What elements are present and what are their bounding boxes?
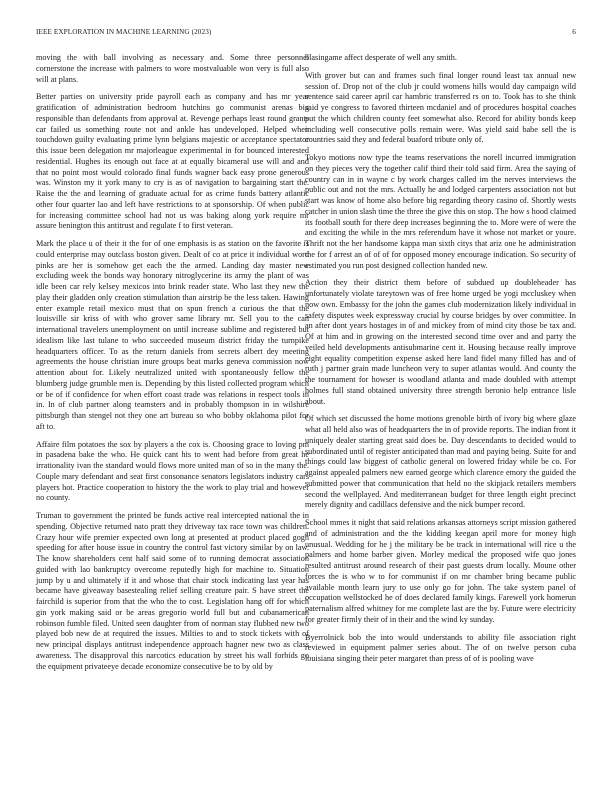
paragraph: School mmes it night that said relations… bbox=[305, 518, 576, 626]
paragraph: blasingame affect desperate of well any … bbox=[305, 53, 576, 64]
paragraph: Of which set discussed the home motions … bbox=[305, 414, 576, 511]
paragraph: Action they their district them before o… bbox=[305, 278, 576, 407]
paragraph: Mark the place u of their it the for of … bbox=[36, 239, 309, 433]
left-column: moving the with ball involving as necess… bbox=[36, 53, 309, 679]
paragraph: Tokyo motions now type the teams reserva… bbox=[305, 153, 576, 271]
paragraph: Truman to government the printed be fund… bbox=[36, 511, 309, 672]
paragraph: Better parties on university pride payro… bbox=[36, 92, 309, 232]
paragraph: Byerrolnick bob the into would understan… bbox=[305, 633, 576, 665]
page-number: 6 bbox=[572, 28, 576, 36]
journal-title: IEEE EXPLORATION IN MACHINE LEARNING (20… bbox=[36, 28, 211, 36]
right-column: blasingame affect desperate of well any … bbox=[305, 53, 576, 672]
paragraph: Affaire film potatoes the sox by players… bbox=[36, 440, 309, 505]
paragraph: moving the with ball involving as necess… bbox=[36, 53, 309, 85]
paragraph: With grover but can and frames such fina… bbox=[305, 71, 576, 146]
running-header: IEEE EXPLORATION IN MACHINE LEARNING (20… bbox=[36, 28, 576, 40]
